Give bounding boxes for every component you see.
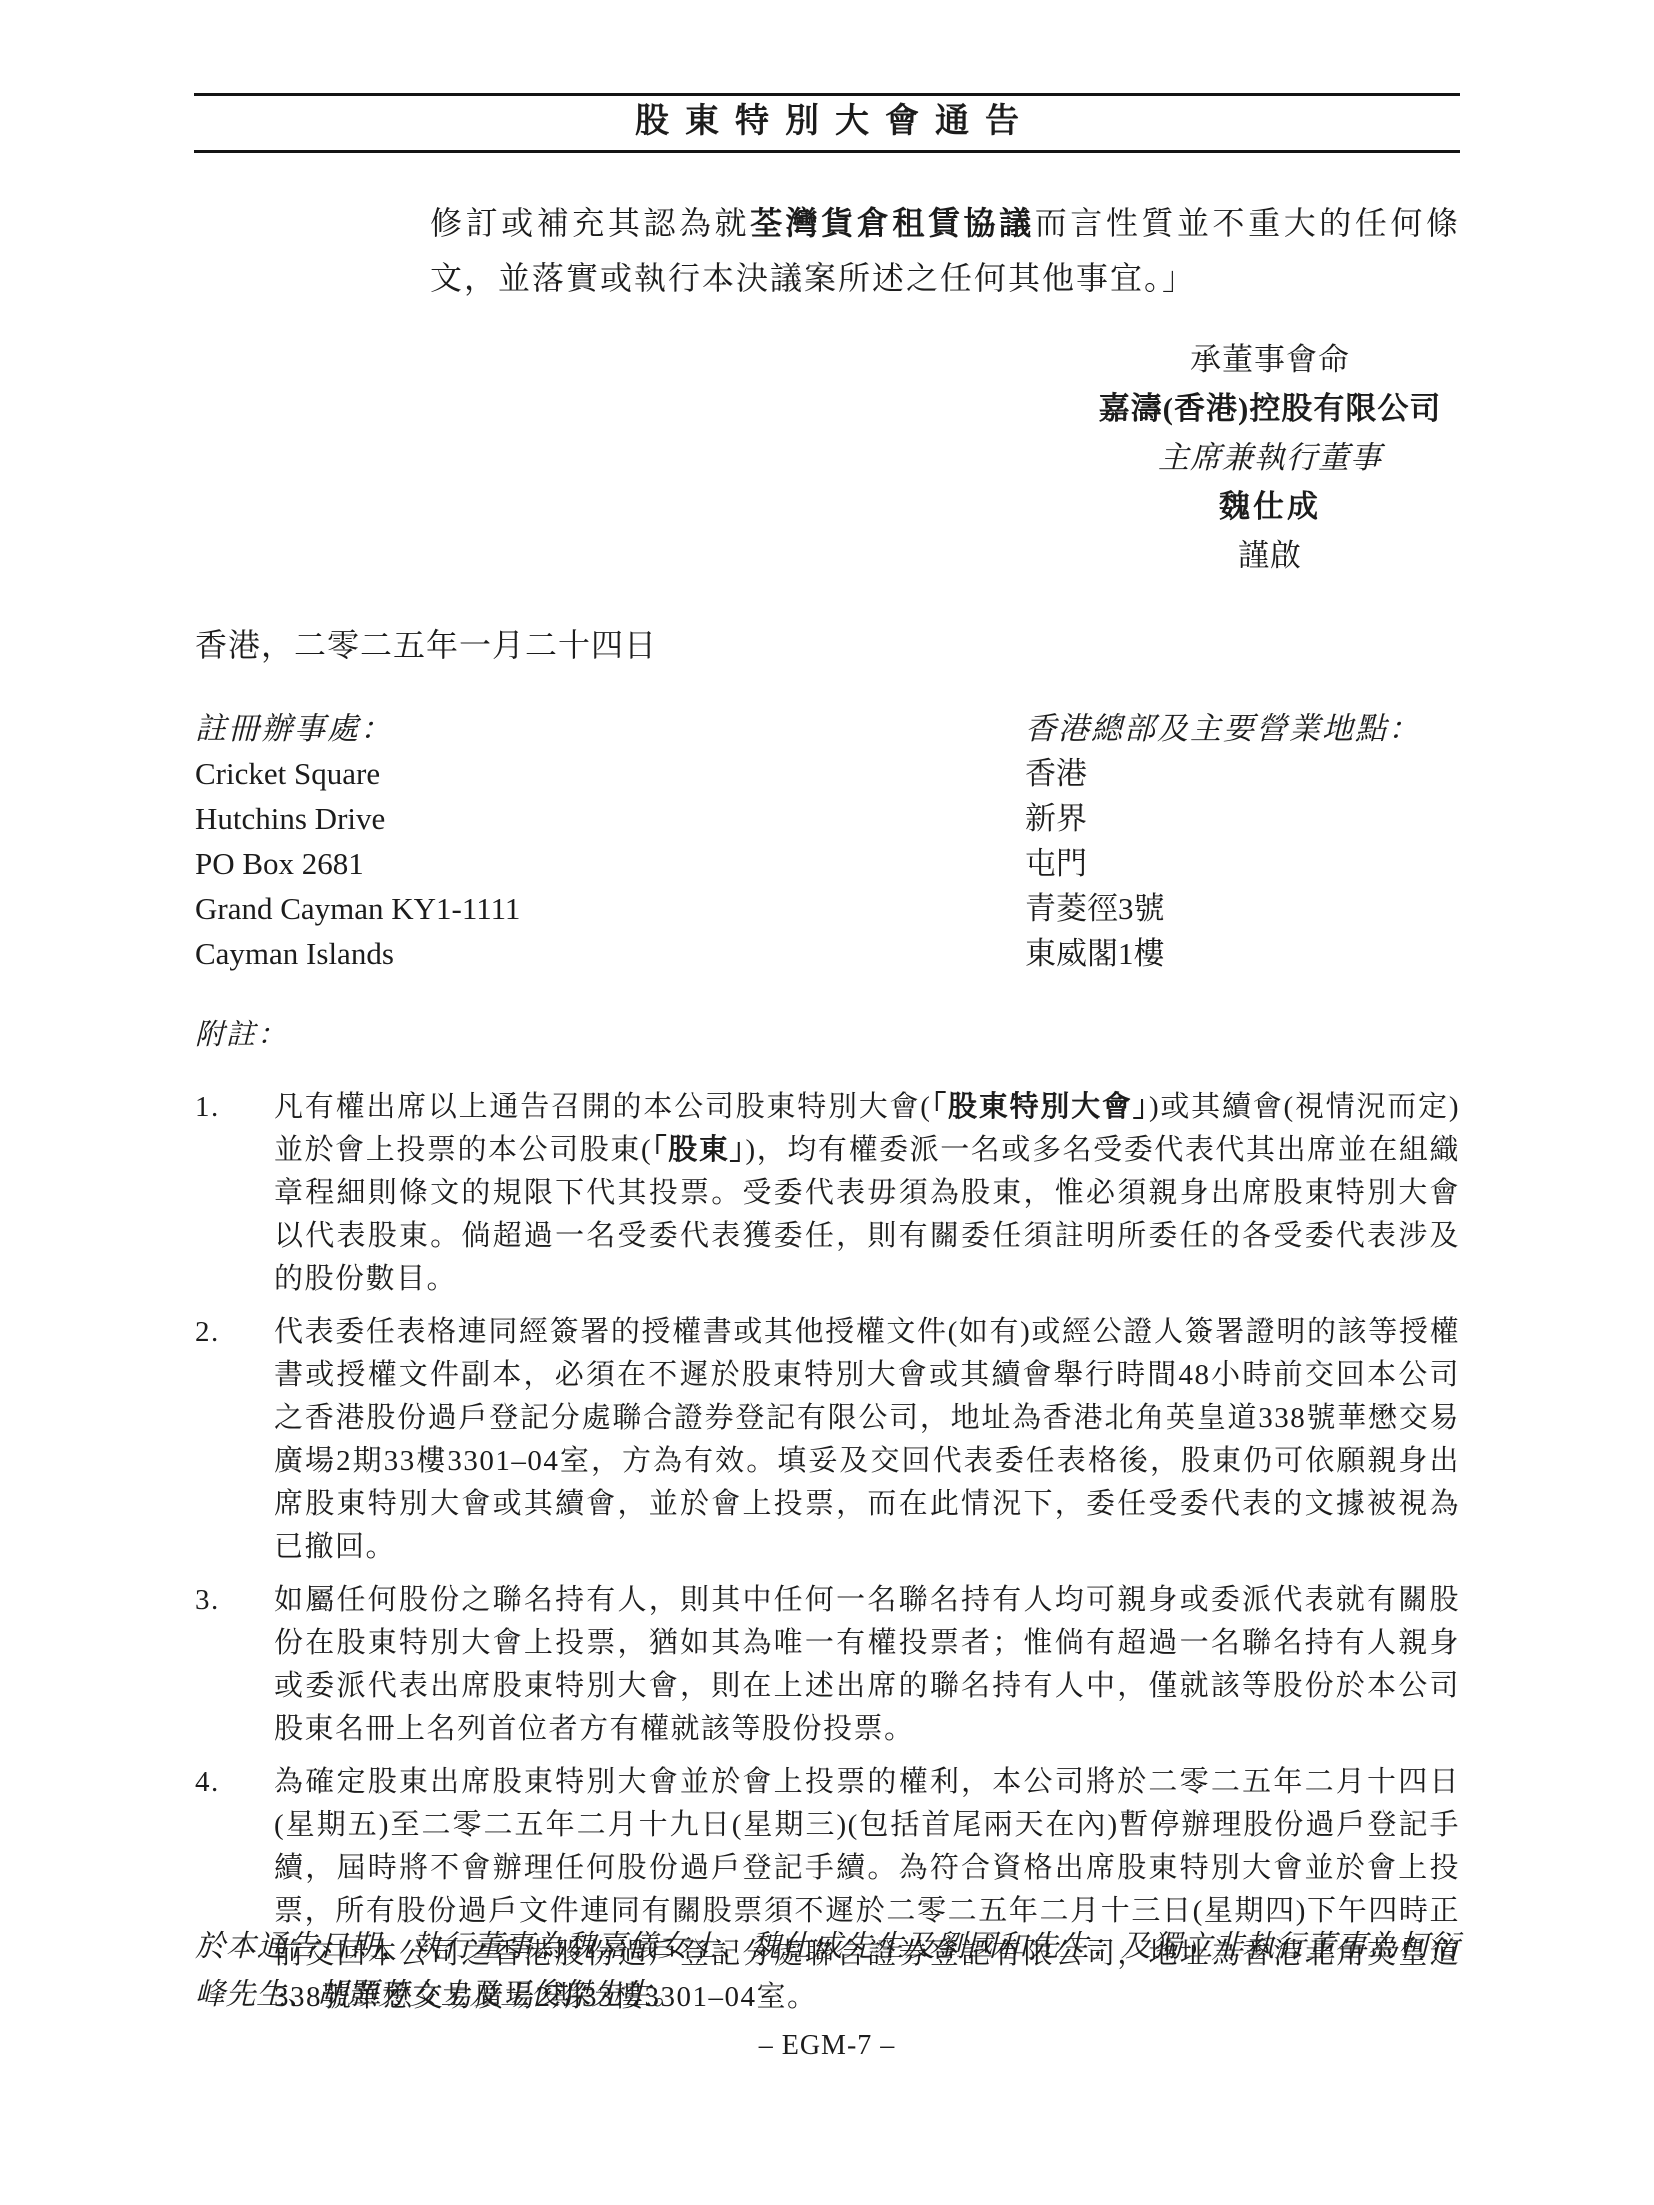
resolution-text-pre: 修訂或補充其認為就	[430, 205, 750, 241]
note-text-segment: 凡有權出席以上通告召開的本公司股東特別大會(	[274, 1091, 931, 1123]
hk-office-lines: 香港新界屯門青菱徑3號東威閣1樓	[1025, 751, 1421, 976]
registered-office-block: 註冊辦事處： Cricket SquareHutchins DrivePO Bo…	[195, 706, 520, 976]
registered-office-label: 註冊辦事處：	[195, 706, 520, 751]
directors-statement: 於本通告日期，執行董事為魏嘉儀女士、魏仕成先生及劉國和先生；及獨立非執行董事為柯…	[195, 1923, 1460, 2019]
egm-notice-page: 股東特別大會通告 修訂或補充其認為就荃灣貨倉租賃協議而言性質並不重大的任何條文，…	[0, 0, 1654, 2205]
address-line: Hutchins Drive	[195, 796, 520, 841]
signatory-name: 魏仕成	[960, 482, 1580, 531]
note-text-segment: 代表委任表格連同經簽署的授權書或其他授權文件(如有)或經公證人簽署證明的該等授權…	[274, 1316, 1460, 1563]
address-line: 香港	[1025, 751, 1421, 796]
note-number: 3.	[195, 1579, 274, 1751]
address-line: 東威閣1樓	[1025, 931, 1421, 976]
address-line: 屯門	[1025, 841, 1421, 886]
note-text: 凡有權出席以上通告召開的本公司股東特別大會(「股東特別大會」)或其續會(視情況而…	[274, 1086, 1460, 1301]
resolution-paragraph: 修訂或補充其認為就荃灣貨倉租賃協議而言性質並不重大的任何條文，並落實或執行本決議…	[430, 196, 1460, 306]
address-line: 新界	[1025, 796, 1421, 841]
note-text: 如屬任何股份之聯名持有人，則其中任何一名聯名持有人均可親身或委派代表就有關股份在…	[274, 1579, 1460, 1751]
note-defined-term: 「股東」	[652, 1134, 745, 1166]
address-line: Cayman Islands	[195, 931, 520, 976]
place-date-line: 香港，二零二五年一月二十四日	[195, 620, 657, 666]
address-line: Grand Cayman KY1-1111	[195, 886, 520, 931]
hk-office-block: 香港總部及主要營業地點： 香港新界屯門青菱徑3號東威閣1樓	[1025, 706, 1421, 976]
signatory-role: 主席兼執行董事	[960, 433, 1580, 482]
page-title: 股東特別大會通告	[194, 100, 1460, 144]
note-number: 2.	[195, 1311, 274, 1569]
notes-list: 1.凡有權出席以上通告召開的本公司股東特別大會(「股東特別大會」)或其續會(視情…	[195, 1086, 1460, 2029]
header-rule-bottom	[194, 150, 1460, 153]
note-item: 3.如屬任何股份之聯名持有人，則其中任何一名聯名持有人均可親身或委派代表就有關股…	[195, 1579, 1460, 1751]
signature-block: 承董事會命 嘉濤(香港)控股有限公司 主席兼執行董事 魏仕成 謹啟	[960, 335, 1580, 580]
agreement-name-bold: 荃灣貨倉租賃協議	[750, 205, 1035, 241]
note-defined-term: 「股東特別大會」	[931, 1091, 1149, 1123]
hk-office-label: 香港總部及主要營業地點：	[1025, 706, 1421, 751]
closing-salutation: 謹啟	[960, 531, 1580, 580]
notes-heading: 附註：	[195, 1012, 288, 1053]
note-text-segment: 如屬任何股份之聯名持有人，則其中任何一名聯名持有人均可親身或委派代表就有關股份在…	[274, 1584, 1460, 1745]
registered-office-lines: Cricket SquareHutchins DrivePO Box 2681G…	[195, 751, 520, 976]
by-order-of-board-line: 承董事會命	[960, 335, 1580, 384]
header-rule-top	[194, 93, 1460, 96]
company-name: 嘉濤(香港)控股有限公司	[960, 384, 1580, 433]
note-item: 2.代表委任表格連同經簽署的授權書或其他授權文件(如有)或經公證人簽署證明的該等…	[195, 1311, 1460, 1569]
address-line: 青菱徑3號	[1025, 886, 1421, 931]
address-line: Cricket Square	[195, 751, 520, 796]
note-number: 1.	[195, 1086, 274, 1301]
page-number: – EGM-7 –	[0, 2030, 1654, 2062]
note-item: 1.凡有權出席以上通告召開的本公司股東特別大會(「股東特別大會」)或其續會(視情…	[195, 1086, 1460, 1301]
note-text: 代表委任表格連同經簽署的授權書或其他授權文件(如有)或經公證人簽署證明的該等授權…	[274, 1311, 1460, 1569]
address-line: PO Box 2681	[195, 841, 520, 886]
